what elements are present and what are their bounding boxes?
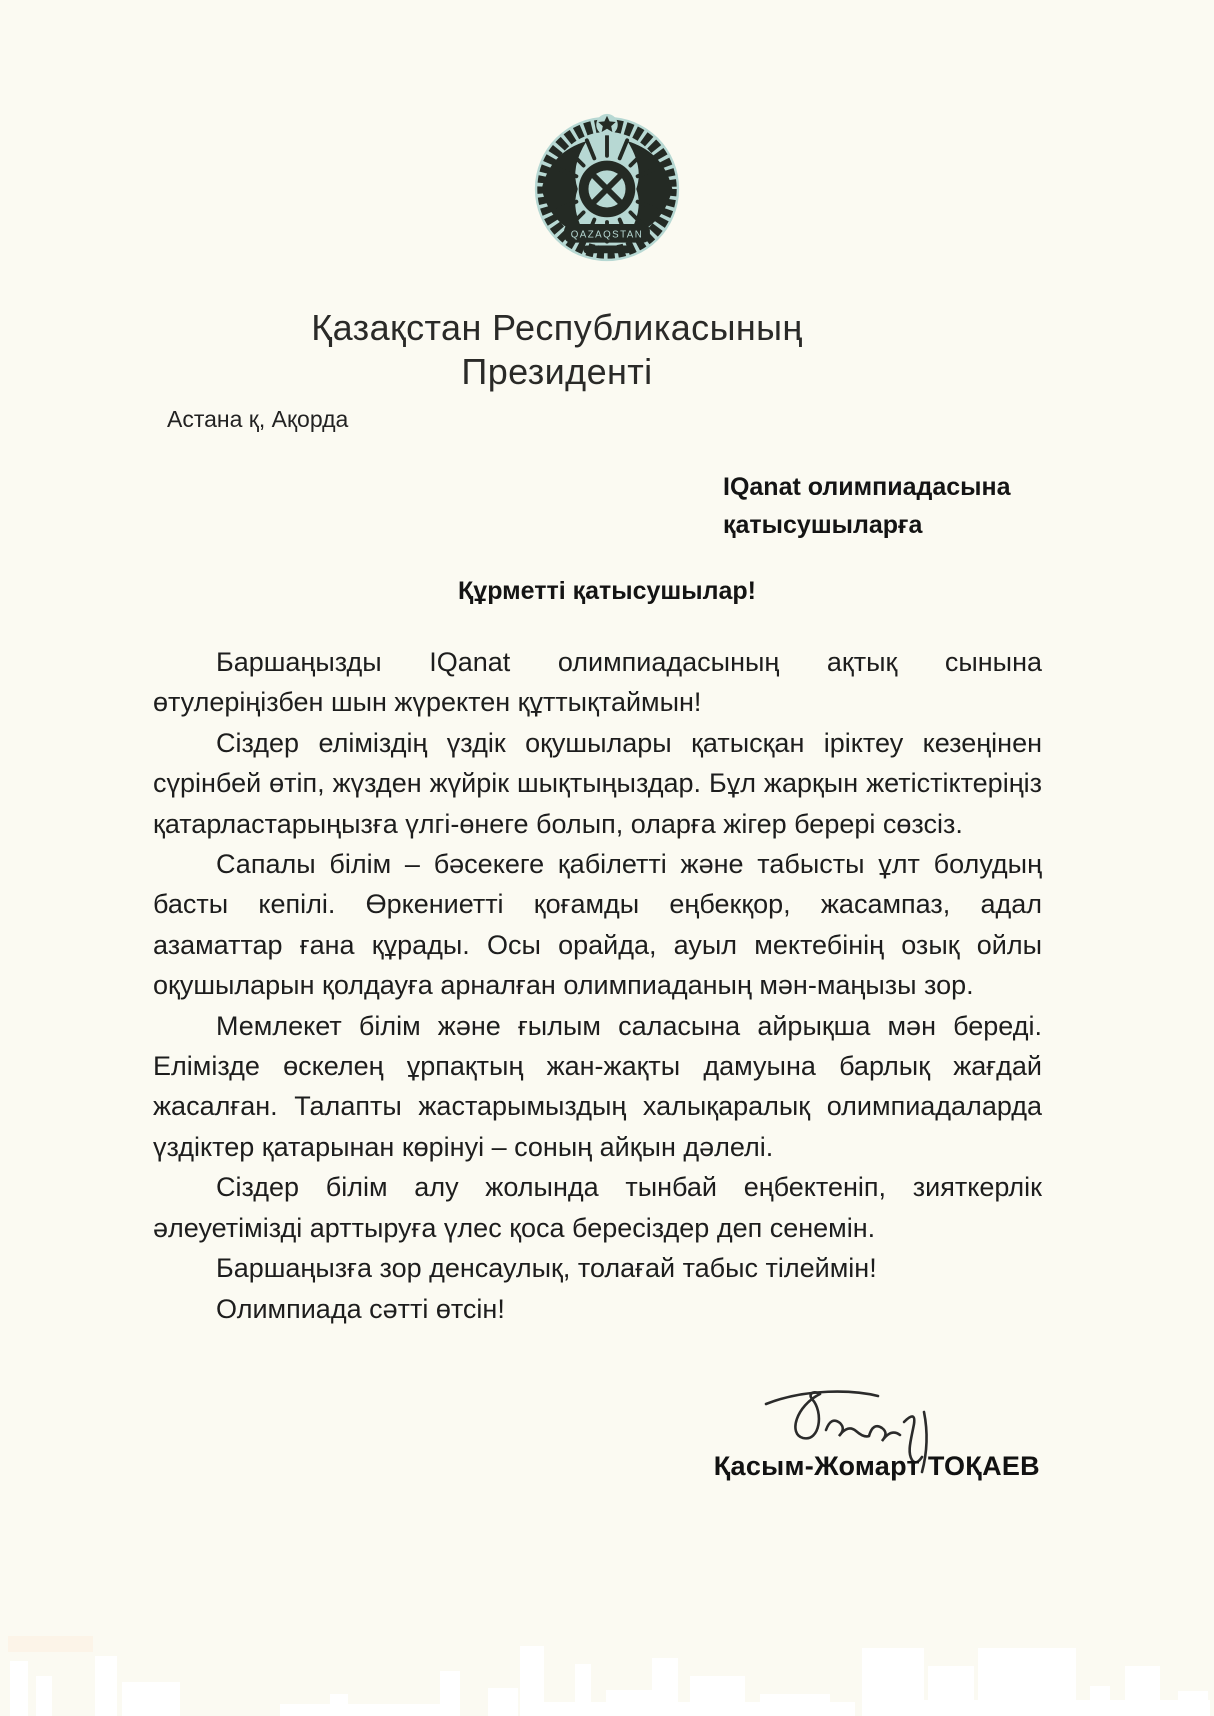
- scan-artifact: [690, 1676, 745, 1716]
- paragraph: Олимпиада сәтті өтсін!: [153, 1289, 1042, 1329]
- emblem-banner-text: QAZAQSTAN: [571, 230, 644, 241]
- kazakhstan-emblem: QAZAQSTAN: [529, 106, 685, 268]
- scan-artifact: [10, 1661, 28, 1716]
- addressee-line1: IQanat олимпиадасына: [723, 468, 1011, 506]
- scan-artifact: [8, 1636, 93, 1652]
- place-line: Астана қ, Ақорда: [167, 406, 348, 433]
- scan-artifact: [95, 1656, 117, 1716]
- paragraph: Баршаңызды IQanat олимпиадасының ақтық с…: [153, 642, 1042, 723]
- scan-artifact: [280, 1704, 460, 1716]
- scan-artifact: [488, 1688, 518, 1716]
- scan-artifact: [36, 1676, 52, 1716]
- addressee-block: IQanat олимпиадасына қатысушыларға: [723, 468, 1011, 544]
- paragraph: Сапалы білім – бәсекеге қабілетті және т…: [153, 844, 1042, 1006]
- scan-artifact: [1178, 1691, 1208, 1716]
- scan-artifact: [1125, 1666, 1160, 1716]
- scan-artifact: [440, 1671, 460, 1716]
- scan-artifact: [652, 1658, 678, 1716]
- addressee-line2: қатысушыларға: [723, 506, 1011, 544]
- scan-artifacts: [0, 1626, 1214, 1716]
- letter-body: Баршаңызды IQanat олимпиадасының ақтық с…: [153, 642, 1042, 1329]
- paragraph: Сіздер білім алу жолында тынбай еңбектен…: [153, 1167, 1042, 1248]
- paragraph: Баршаңызға зор денсаулық, толағай табыс …: [153, 1248, 1042, 1288]
- scan-artifact: [575, 1664, 591, 1716]
- scan-artifact: [1090, 1686, 1110, 1716]
- scan-artifact: [760, 1694, 830, 1716]
- letterhead-org-line2: Президенті: [0, 350, 1114, 394]
- scan-artifact: [880, 1700, 1210, 1716]
- scan-artifact: [122, 1682, 180, 1716]
- kazakhstan-emblem-graphic: QAZAQSTAN: [529, 106, 685, 268]
- letterhead-title: Қазақстан Республикасының Президенті: [0, 306, 1114, 394]
- salutation: Құрметті қатысушылар!: [0, 577, 1214, 606]
- paragraph: Мемлекет білім және ғылым саласына айрық…: [153, 1006, 1042, 1168]
- paragraph: Сіздер еліміздің үздік оқушылары қатысқа…: [153, 723, 1042, 844]
- signature-name: Қасым-Жомарт ТОҚАЕВ: [714, 1451, 1040, 1482]
- scan-artifact: [330, 1694, 348, 1716]
- letter-page: QAZAQSTAN Қазақстан Республикасының През…: [0, 0, 1214, 1716]
- letterhead-org-line1: Қазақстан Республикасының: [0, 306, 1114, 350]
